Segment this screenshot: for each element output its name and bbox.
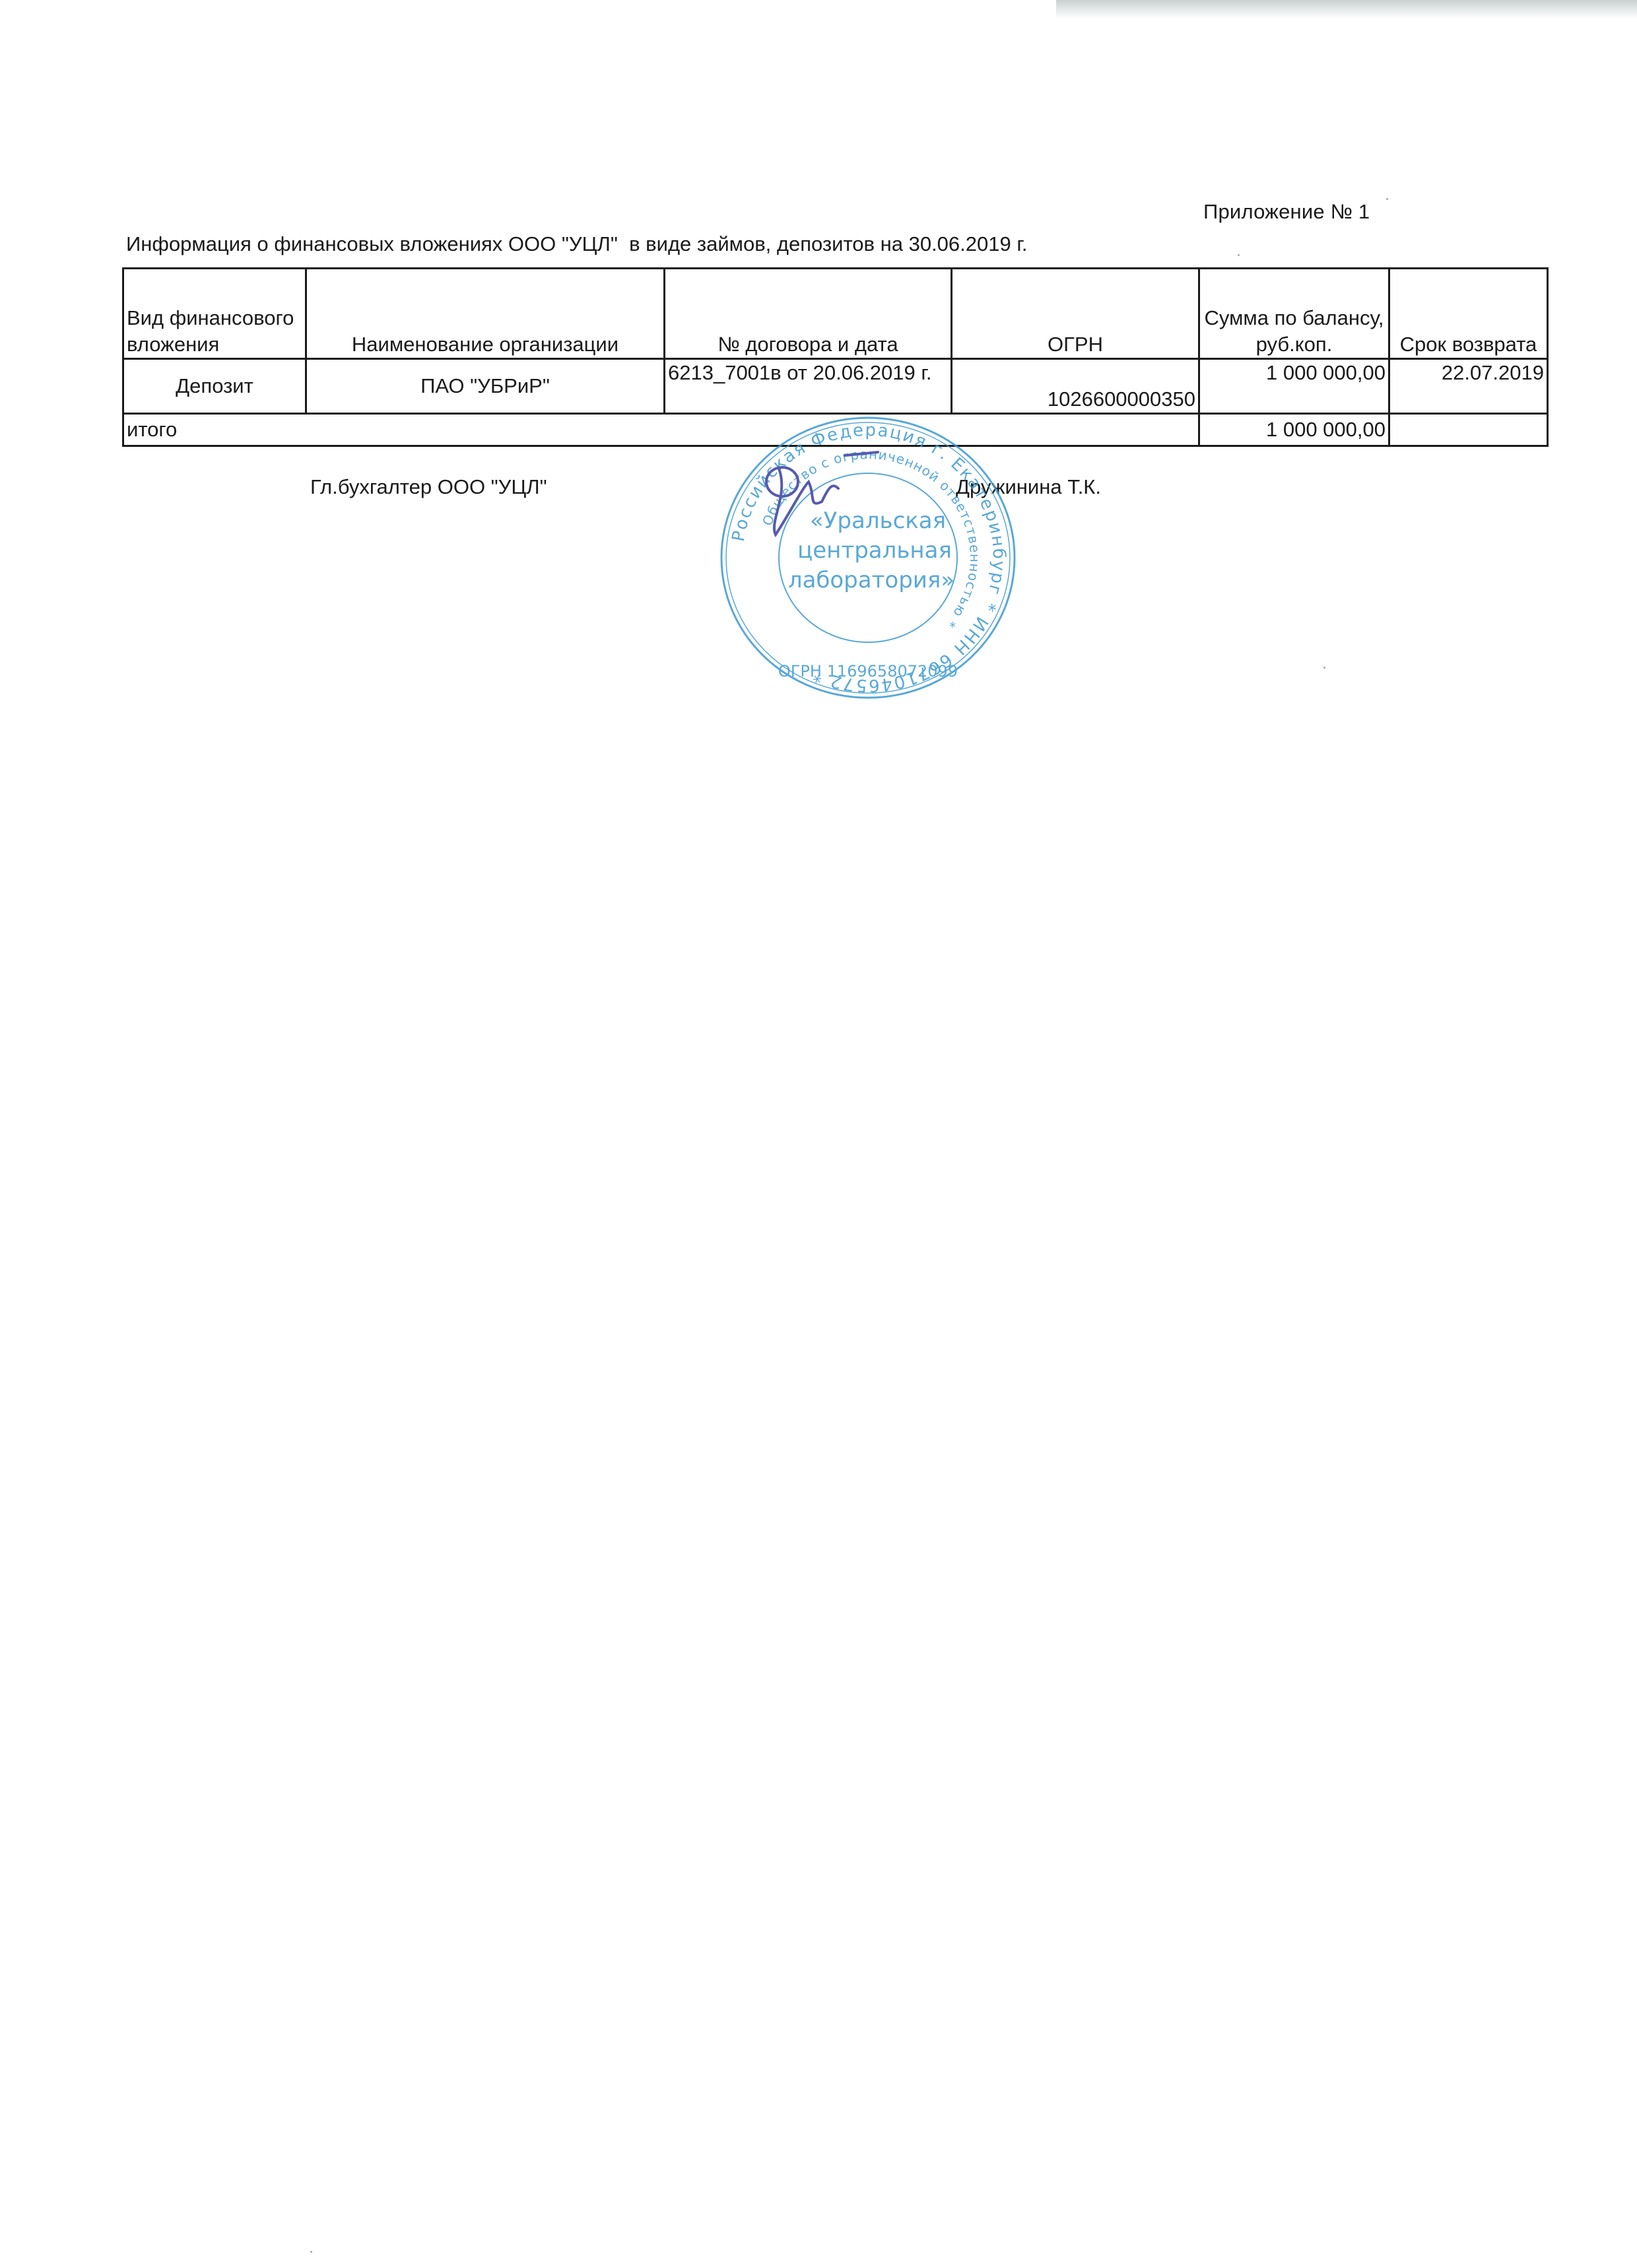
column-header-ogrn: ОГРН [952,269,1199,359]
table-header-row: Вид финансового вложения Наименование ор… [123,269,1548,359]
scan-edge-artifact [1056,0,1637,18]
signatory-role: Гл.бухгалтер ООО "УЦЛ" [310,475,547,499]
total-label: итого [123,414,1199,446]
scan-speck [1386,198,1388,200]
scan-speck [1238,254,1240,256]
cell-return-date: 22.07.2019 [1389,359,1548,414]
column-header-amount: Сумма по балансу, руб.коп. [1199,269,1389,359]
document-title: Информация о финансовых вложениях ООО "У… [126,232,1027,256]
column-header-contract: № договора и дата [665,269,952,359]
cell-type: Депозит [123,359,306,414]
scan-speck [310,2251,312,2253]
appendix-label: Приложение № 1 [1203,200,1370,224]
stamp-center-line-2: центральная [797,537,952,564]
table-row: Депозит ПАО "УБРиР" 6213_7001в от 20.06.… [123,359,1548,414]
cell-amount: 1 000 000,00 [1199,359,1389,414]
cell-organization: ПАО "УБРиР" [306,359,665,414]
company-seal-stamp: Российская Федерация г. Екатеринбург * И… [716,416,1020,706]
column-header-type: Вид финансового вложения [123,269,306,359]
total-amount: 1 000 000,00 [1199,414,1389,446]
column-header-organization: Наименование организации [306,269,665,359]
stamp-center-line-3: лаборатория» [788,567,954,593]
stamp-center-line-1: «Уральская [810,508,946,534]
scan-speck [1323,667,1325,669]
cell-ogrn: 1026600000350 [952,359,1199,414]
cell-contract: 6213_7001в от 20.06.2019 г. [665,359,952,414]
column-header-return-date: Срок возврата [1389,269,1548,359]
stamp-ogrn: ОГРН 1169658072099 [778,662,958,681]
total-return-date-empty [1389,414,1548,446]
